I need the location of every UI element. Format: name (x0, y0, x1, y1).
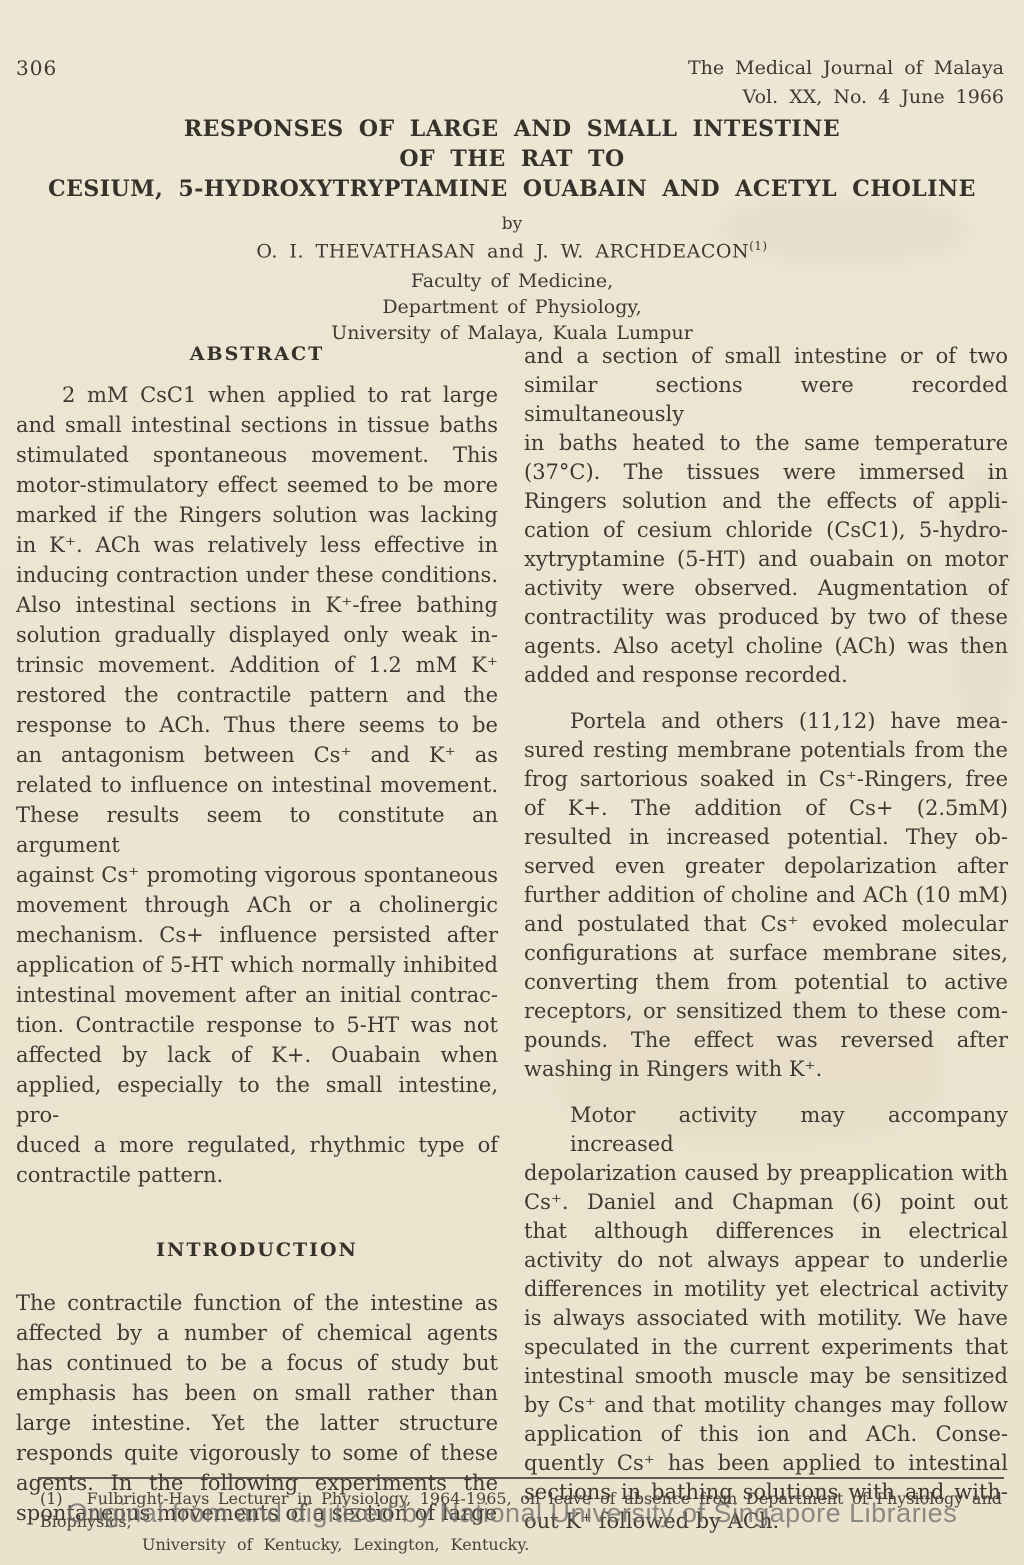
scanned-journal-page: 306 The Medical Journal of Malaya Vol. X… (0, 0, 1024, 1565)
affiliation-line-1: Faculty of Medicine, (0, 268, 1024, 294)
author-footnote-marker: (1) (749, 239, 768, 253)
footnote-line-2: University of Kentucky, Lexington, Kentu… (40, 1533, 1002, 1556)
affiliation-line-2: Department of Physiology, (0, 294, 1024, 320)
journal-title: The Medical Journal of Malaya (688, 54, 1004, 83)
body-paragraph-3: Motor activity may accompany increasedde… (524, 1101, 1008, 1536)
page-number: 306 (16, 56, 57, 80)
abstract-paragraph: 2 mM CsC1 when applied to rat largeand s… (16, 380, 498, 1190)
article-title-line-3: CESIUM, 5-HYDROXYTRYPTAMINE OUABAIN AND … (0, 174, 1024, 204)
journal-issue: Vol. XX, No. 4 June 1966 (688, 83, 1004, 112)
authors-line: O. I. THEVATHASAN and J. W. ARCHDEACON(1… (0, 239, 1024, 262)
abstract-heading: ABSTRACT (16, 342, 498, 366)
article-title-block: RESPONSES OF LARGE AND SMALL INTESTINE O… (0, 114, 1024, 346)
footnote-separator-rule (38, 1477, 1004, 1479)
two-column-body: ABSTRACT 2 mM CsC1 when applied to rat l… (16, 342, 1008, 1536)
introduction-heading: INTRODUCTION (16, 1238, 498, 1262)
body-paragraph-2: Portela and others (11,12) have mea-sure… (524, 707, 1008, 1084)
body-paragraph-1: and a section of small intestine or of t… (524, 342, 1008, 690)
column-left: ABSTRACT 2 mM CsC1 when applied to rat l… (16, 342, 498, 1536)
affiliation: Faculty of Medicine, Department of Physi… (0, 268, 1024, 346)
authors: O. I. THEVATHASAN and J. W. ARCHDEACON (256, 240, 749, 262)
byline: by (0, 214, 1024, 234)
journal-header: The Medical Journal of Malaya Vol. XX, N… (688, 54, 1004, 112)
column-right: and a section of small intestine or of t… (524, 342, 1008, 1536)
article-title-line-1: RESPONSES OF LARGE AND SMALL INTESTINE (0, 114, 1024, 144)
library-watermark: Original from and digitized by National … (0, 1498, 1024, 1529)
article-title-line-2: OF THE RAT TO (0, 144, 1024, 174)
